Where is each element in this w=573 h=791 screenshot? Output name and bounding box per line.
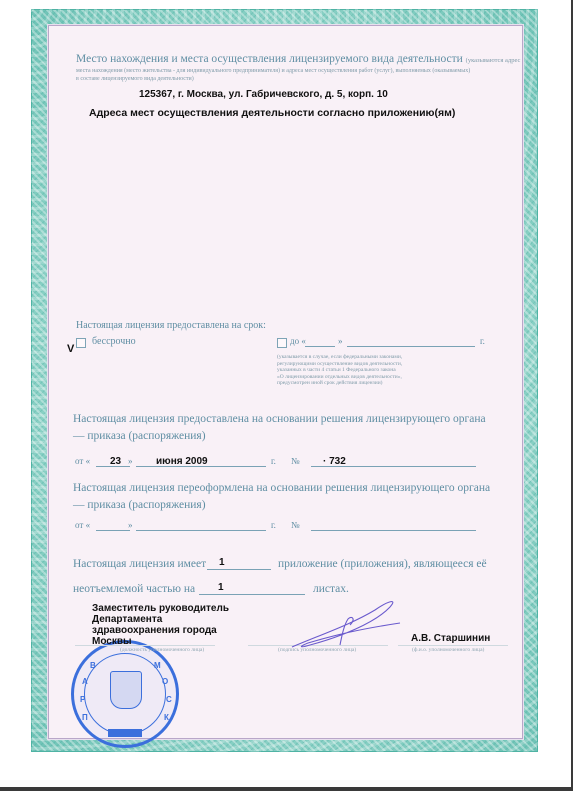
grant-from-label: от «	[75, 456, 90, 466]
seal-outer-text: П Р А В М О С К	[74, 643, 176, 745]
reissue-line1: Настоящая лицензия переоформлена на осно…	[73, 482, 490, 494]
until-prefix: до «	[290, 336, 306, 346]
grant-day-value: 23	[110, 456, 121, 467]
until-day-field[interactable]	[305, 346, 335, 347]
sheet-count-value: 1	[218, 582, 224, 593]
grant-number-label: №	[291, 456, 300, 466]
appendix-line2-suffix: листах.	[313, 583, 349, 595]
reissue-year-suffix: г.	[271, 520, 276, 530]
checkbox-unlimited[interactable]	[76, 338, 86, 348]
grant-line1: Настоящая лицензия предоставлена на осно…	[73, 413, 486, 425]
address-note-line2: места нахождения (место жительства - для…	[76, 67, 470, 75]
reissue-number-label: №	[291, 520, 300, 530]
grant-year-suffix: г.	[271, 456, 276, 466]
until-month-year-field[interactable]	[347, 346, 475, 347]
appendix-line2-prefix: неотъемлемой частью на	[73, 583, 195, 595]
addresses-note: Адреса мест осуществления деятельности с…	[89, 107, 455, 119]
position-line	[75, 645, 215, 646]
check-mark: V	[67, 343, 74, 355]
grant-line2: — приказа (распоряжения)	[73, 430, 206, 442]
option-unlimited-label: бессрочно	[92, 336, 136, 347]
checkbox-until-date[interactable]	[277, 338, 287, 348]
appendix-line1-suffix: приложение (приложения), являющееся её	[278, 558, 487, 570]
reissue-quote-close: »	[128, 520, 133, 530]
address-note-line3: в составе лицензируемого вида деятельнос…	[76, 75, 194, 83]
term-note: (указывается в случае, если федеральными…	[277, 354, 402, 387]
viewer-bottom-edge	[0, 787, 573, 791]
address-heading: Место нахождения и места осуществления л…	[76, 53, 520, 65]
grant-quote-close: »	[128, 456, 133, 466]
reissue-line2: — приказа (распоряжения)	[73, 499, 206, 511]
caption-name: (ф.и.о. уполномоченного лица)	[412, 647, 484, 653]
address-value: 125367, г. Москва, ул. Габричевского, д.…	[139, 89, 388, 100]
signer-position: Заместитель руководитель Департамента зд…	[92, 603, 229, 647]
reissue-month-year-field[interactable]	[136, 530, 266, 531]
handwritten-signature	[280, 595, 420, 655]
grant-month-year-value: июня 2009	[156, 456, 208, 467]
caption-position: (должность уполномоченного лица)	[120, 647, 204, 653]
reissue-day-field[interactable]	[96, 530, 130, 531]
appendix-line1-prefix: Настоящая лицензия имеет	[73, 558, 206, 570]
appendix-count-field[interactable]	[207, 569, 271, 570]
term-heading: Настоящая лицензия предоставлена на срок…	[76, 320, 266, 331]
until-year-suffix: г.	[480, 336, 485, 346]
appendix-count-value: 1	[219, 557, 225, 568]
signer-name: А.В. Старшинин	[411, 633, 490, 644]
until-quote-close: »	[338, 336, 343, 346]
reissue-number-field[interactable]	[311, 530, 476, 531]
grant-number-value: · 732	[323, 456, 346, 467]
official-seal-stamp: П Р А В М О С К	[71, 640, 179, 748]
reissue-from-label: от «	[75, 520, 90, 530]
